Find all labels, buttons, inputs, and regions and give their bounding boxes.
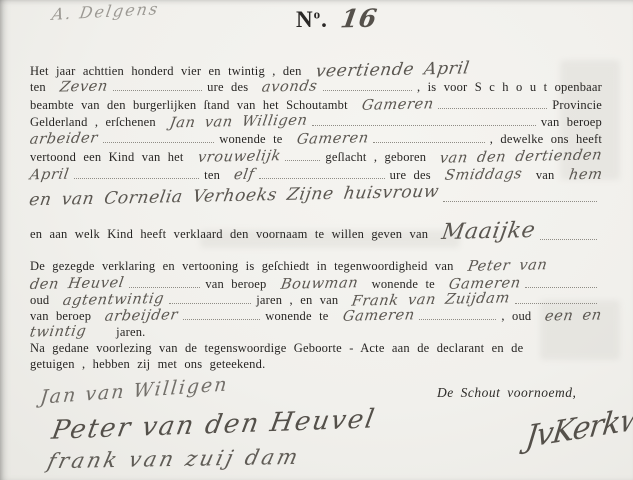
dotted-fill xyxy=(373,141,485,143)
dotted-fill xyxy=(525,286,597,288)
dotted-fill xyxy=(312,124,536,126)
printed-segment: van beroep xyxy=(541,115,602,130)
printed-segment: van xyxy=(536,168,555,183)
body-line: De gezegde verklaring en vertooning is g… xyxy=(30,258,602,274)
dotted-fill xyxy=(540,238,597,240)
child-gender-entry: vrouwelijk xyxy=(196,148,282,166)
birth-date-entry: van den dertienden xyxy=(439,147,604,166)
body-line: ten Zeven ure des avonds , is voor S c h… xyxy=(30,79,602,95)
printed-segment: jaren , en van xyxy=(256,293,338,308)
body-line: getuigen , hebben zij met ons geteekend. xyxy=(30,357,602,372)
schoutambt-entry: Gameren xyxy=(360,96,434,113)
dotted-fill xyxy=(129,286,201,288)
witness2-name-entry: Frank van Zuijdam xyxy=(351,290,512,309)
body-line: twintig jaren. xyxy=(30,324,602,340)
witness1-age-entry: agtentwintig xyxy=(62,291,166,309)
body-line: April ten elf ure des Smiddags van hem xyxy=(30,167,602,183)
body-line: en van Cornelia Verhoeks Zijne huisvrouw xyxy=(30,186,602,206)
birth-daypart-entry: Smiddags xyxy=(443,166,523,184)
printed-segment: ten xyxy=(30,80,46,95)
printed-segment: en aan welk Kind heeft verklaard den voo… xyxy=(30,227,428,242)
printed-segment: , dewelke ons heeft xyxy=(490,132,602,147)
daypart-entry: avonds xyxy=(261,78,319,95)
witness1-name-entry: den Heuvel xyxy=(29,275,126,293)
birth-hour-entry: elf xyxy=(233,167,256,183)
child-name-entry: Maaijke xyxy=(440,218,537,245)
witness2-occupation-entry: arbeijder xyxy=(104,307,180,325)
body-line: en aan welk Kind heeft verklaard den voo… xyxy=(30,219,602,244)
witness2-age-entry: twintig xyxy=(29,323,88,340)
printed-segment: van beroep xyxy=(30,309,91,324)
printed-segment: De gezegde verklaring en vertooning is g… xyxy=(30,259,454,274)
printed-segment: ure des xyxy=(390,168,431,183)
dotted-fill xyxy=(113,89,202,91)
schout-voornoemd-label: De Schout voornoemd, xyxy=(437,385,576,401)
body-line: den Heuvel van beroep Bouwman wonende te… xyxy=(30,276,602,292)
dotted-fill xyxy=(438,107,547,109)
dotted-fill xyxy=(443,200,597,202)
witness2-residence-entry: Gameren xyxy=(341,307,415,324)
printed-segment: ten xyxy=(204,168,220,183)
dotted-fill xyxy=(169,302,251,304)
printed-segment: geſlacht , geboren xyxy=(325,150,426,165)
dotted-fill xyxy=(419,318,496,320)
witness2-age-entry: een en xyxy=(544,307,603,324)
dotted-fill xyxy=(74,177,199,179)
act-number-n: N xyxy=(296,7,314,32)
father-reference-entry: hem xyxy=(567,167,603,184)
act-number: No. 16 xyxy=(296,4,377,33)
printed-segment: Provincie xyxy=(552,98,602,113)
act-number-value: 16 xyxy=(338,4,379,34)
body-line: oud agtentwintig jaren , en van Frank va… xyxy=(30,292,602,308)
printed-segment: beambte van den burgerlijken ſtand van h… xyxy=(30,98,348,113)
act-number-sup: o xyxy=(314,6,322,21)
printed-segment: Gelderland , erſchenen xyxy=(30,115,156,130)
act-number-dot: . xyxy=(321,7,328,32)
body-line: Gelderland , erſchenen Jan van Willigen … xyxy=(30,114,602,130)
declarant-residence-entry: Gameren xyxy=(295,130,369,147)
declarant-name-entry: Jan van Willigen xyxy=(168,113,308,132)
printed-segment: getuigen , hebben zij met ons geteekend. xyxy=(30,357,265,372)
declarant-occupation-entry: arbeider xyxy=(29,130,99,147)
printed-segment: wonende te xyxy=(219,132,282,147)
mother-name-entry: en van Cornelia Verhoeks Zijne huisvrouw xyxy=(28,182,441,211)
printed-segment: vertoond een Kind van het xyxy=(30,150,184,165)
printed-segment: jaren. xyxy=(116,325,145,340)
printed-segment: wonende te xyxy=(372,277,435,292)
printed-segment: oud xyxy=(30,293,49,308)
body-line: Na gedane voorlezing van de tegenswoordi… xyxy=(30,341,602,356)
witness1-name-entry: Peter van xyxy=(466,257,548,275)
dotted-fill xyxy=(183,318,260,320)
printed-segment: Het jaar achttien honderd vier en twinti… xyxy=(30,64,302,79)
body-line: beambte van den burgerlijken ſtand van h… xyxy=(30,97,602,113)
body-line: vertoond een Kind van het vrouwelijk geſ… xyxy=(30,149,602,165)
body-line: arbeider wonende te Gameren , dewelke on… xyxy=(30,131,602,147)
printed-segment: , is voor S c h o u t openbaar xyxy=(417,80,602,95)
hour-entry: Zeven xyxy=(59,79,109,96)
printed-segment: , oud xyxy=(501,309,531,324)
printed-segment: Na gedane voorlezing van de tegenswoordi… xyxy=(30,341,523,356)
printed-segment: van beroep xyxy=(205,277,266,292)
body-line: Het jaar achttien honderd vier en twinti… xyxy=(30,60,602,80)
body-line: van beroep arbeijder wonende te Gameren … xyxy=(30,308,602,324)
dotted-fill xyxy=(515,302,597,304)
witness1-occupation-entry: Bouwman xyxy=(279,275,359,293)
dotted-fill xyxy=(103,141,215,143)
printed-segment: ure des xyxy=(207,80,248,95)
signature-witness2: frank van zuij dam xyxy=(45,445,303,474)
printed-segment: wonende te xyxy=(265,309,328,324)
dotted-fill xyxy=(285,159,320,161)
birth-month-entry: April xyxy=(29,167,71,184)
dotted-fill xyxy=(323,89,412,91)
dotted-fill xyxy=(259,177,384,179)
